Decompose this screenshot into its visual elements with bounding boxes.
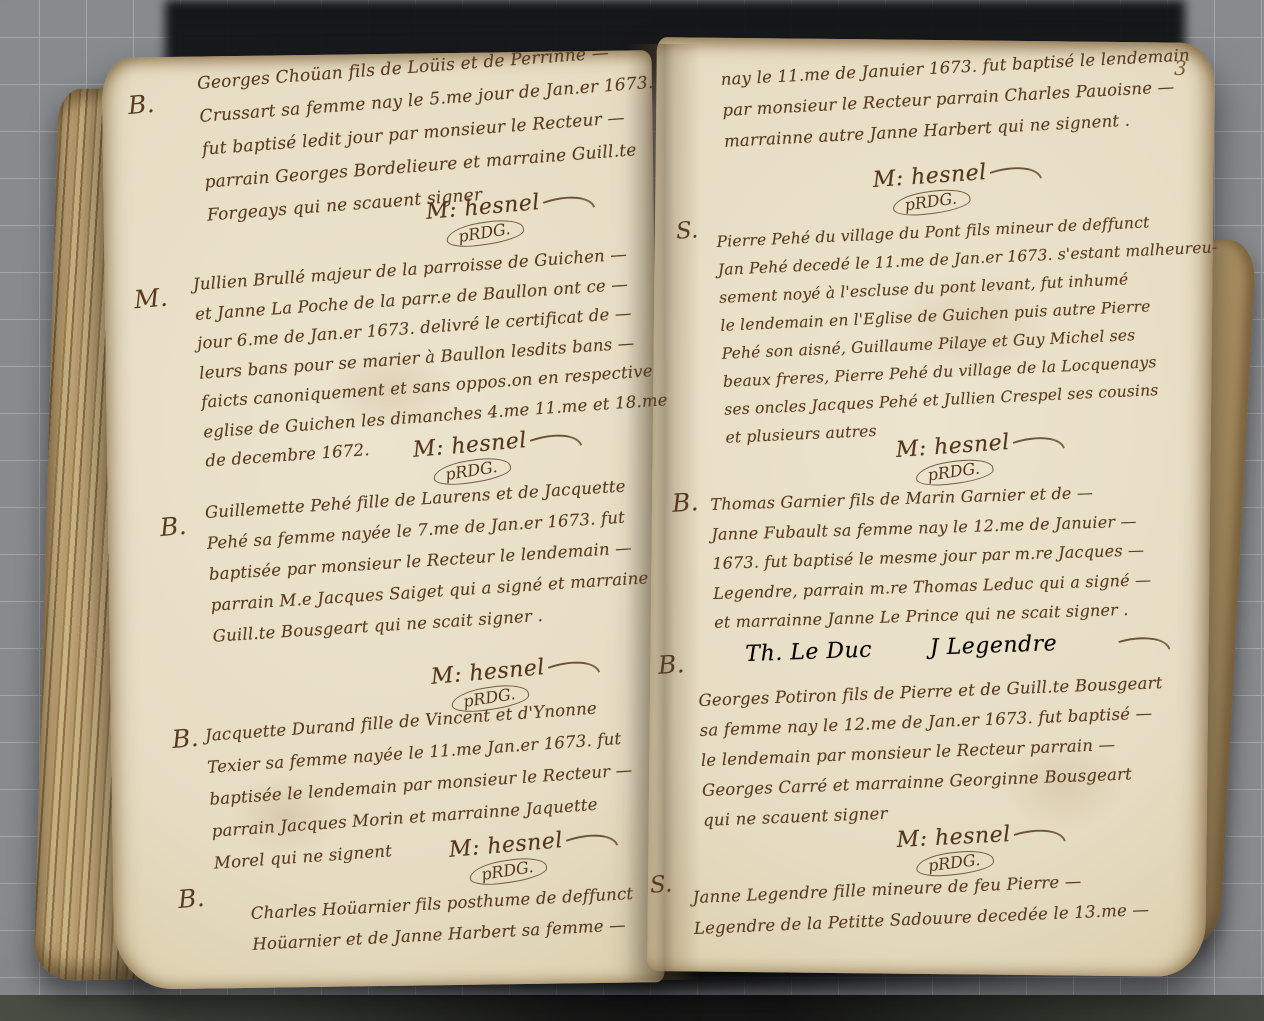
signature-name: M: hesnel [896, 822, 1011, 853]
entry-type-letter: B. [159, 511, 188, 542]
entry-type-letter: S. [649, 871, 673, 898]
register-entry-lines: Thomas Garnier fils de Marin Garnier et … [710, 476, 1153, 637]
register-entry-lines: Pierre Pehé du village du Pont fils mine… [716, 205, 1225, 451]
photo-of-parish-register: B. Georges Choüan fils de Loüis et de Pe… [0, 0, 1264, 1021]
entry-type-letter: B. [127, 89, 156, 120]
entry-type-letter: B. [177, 883, 206, 914]
entry-type-letter: S. [675, 217, 699, 244]
signature-name: Th. Le Duc [745, 638, 872, 667]
register-entry-lines: Guillemette Pehé fille de Laurens et de … [204, 469, 651, 651]
register-entry-lines: Georges Potiron fils de Pierre et de Gui… [698, 668, 1168, 836]
entry-type-letter: B. [171, 723, 200, 754]
entry-type-letter: B. [657, 649, 685, 680]
entry-type-letter: M. [133, 283, 169, 315]
entry-type-letter: B. [671, 487, 699, 518]
signature-name: J Legendre [929, 631, 1057, 660]
